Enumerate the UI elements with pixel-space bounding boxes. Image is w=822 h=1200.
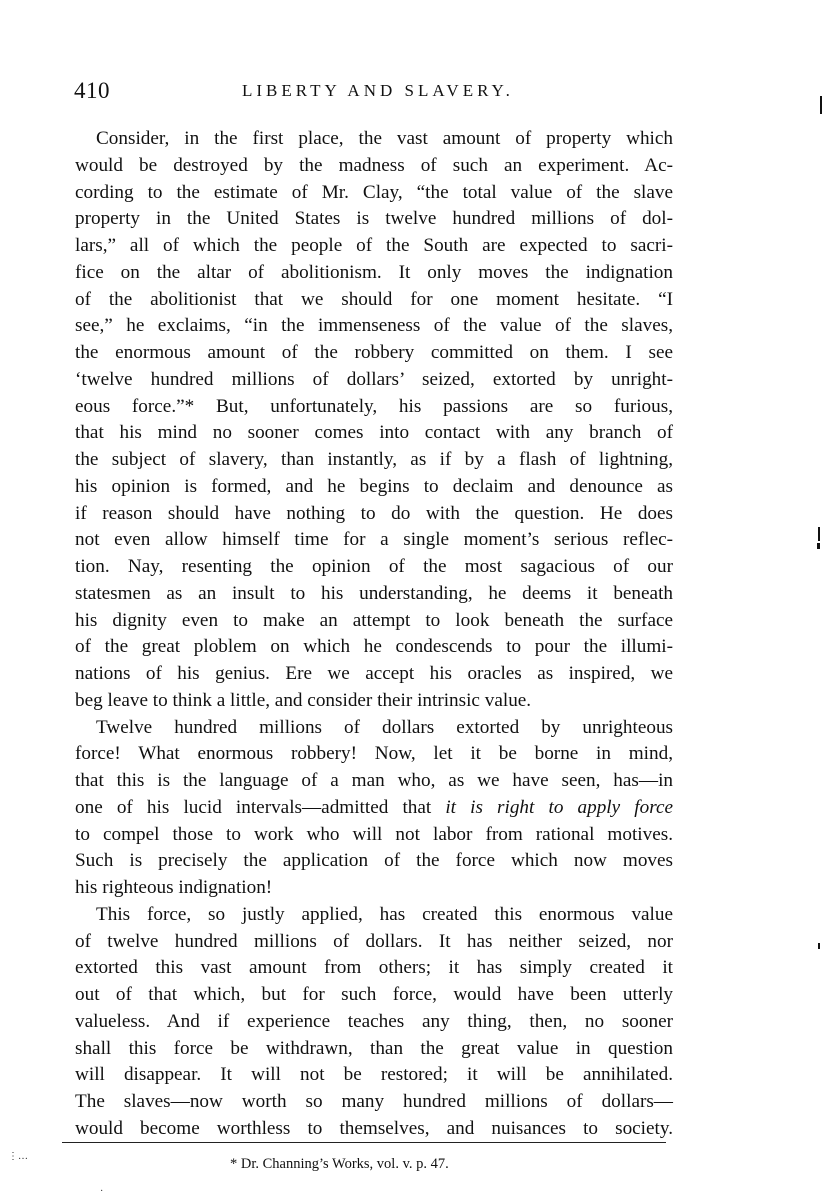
paragraph-1-line: Consider, in the first place, the vast a…: [75, 126, 673, 153]
paragraph-1-line: the enormous amount of the robbery commi…: [75, 340, 673, 367]
paragraph-3-line: out of that which, but for such force, w…: [75, 982, 673, 1009]
paragraph-2-line: Twelve hundred millions of dollars extor…: [75, 715, 673, 742]
paragraph-1-line: that his mind no sooner comes into conta…: [75, 420, 673, 447]
paragraph-1-line: nations of his genius. Ere we accept his…: [75, 661, 673, 688]
paragraph-1-line: if reason should have nothing to do with…: [75, 501, 673, 528]
italic-emphasis: it is right to apply force: [445, 797, 673, 818]
paragraph-1-line: his dignity even to make an attempt to l…: [75, 608, 673, 635]
footnote: * Dr. Channing’s Works, vol. v. p. 47.: [230, 1156, 449, 1173]
paragraph-1-line: statesmen as an insult to his understand…: [75, 581, 673, 608]
paragraph-1-line: fice on the altar of abolitionism. It on…: [75, 260, 673, 287]
paragraph-1-line: not even allow himself time for a single…: [75, 527, 673, 554]
paragraph-2-line: one of his lucid intervals—admitted that…: [75, 795, 673, 822]
scan-mark: [817, 543, 820, 549]
page-number: 410: [74, 78, 110, 104]
paragraph-3-line: would become worthless to themselves, an…: [75, 1116, 673, 1143]
paragraph-2-line: to compel those to work who will not lab…: [75, 822, 673, 849]
paragraph-3-line: The slaves—now worth so many hundred mil…: [75, 1089, 673, 1116]
footnote-divider: [62, 1142, 666, 1143]
paragraph-3-line: extorted this vast amount from others; i…: [75, 955, 673, 982]
paragraph-2-line: force! What enormous robbery! Now, let i…: [75, 741, 673, 768]
paragraph-1-line: beg leave to think a little, and conside…: [75, 688, 673, 715]
paragraph-3-line: will disappear. It will not be restored;…: [75, 1062, 673, 1089]
running-title: LIBERTY AND SLAVERY.: [242, 81, 514, 101]
body-text: Consider, in the first place, the vast a…: [75, 126, 673, 1143]
footnote-text: Dr. Channing’s Works, vol. v. p. 47.: [241, 1156, 449, 1172]
paragraph-3-line: valueless. And if experience teaches any…: [75, 1009, 673, 1036]
paragraph-1-line: property in the United States is twelve …: [75, 206, 673, 233]
paragraph-1-line: the subject of slavery, than instantly, …: [75, 447, 673, 474]
paragraph-1-line: of the abolitionist that we should for o…: [75, 287, 673, 314]
paragraph-2-line: Such is precisely the application of the…: [75, 848, 673, 875]
paragraph-3-line: shall this force be withdrawn, than the …: [75, 1036, 673, 1063]
paragraph-1-line: eous force.”* But, unfortunately, his pa…: [75, 394, 673, 421]
paragraph-1-line: see,” he exclaims, “in the immenseness o…: [75, 313, 673, 340]
paragraph-1-line: lars,” all of which the people of the So…: [75, 233, 673, 260]
footnote-marker: *: [230, 1156, 237, 1172]
scan-speck-icon: ·: [100, 1187, 103, 1197]
scan-speck-icon: ⋮…: [8, 1152, 28, 1162]
paragraph-2-line: that this is the language of a man who, …: [75, 768, 673, 795]
paragraph-1-line: would be destroyed by the madness of suc…: [75, 153, 673, 180]
paragraph-1-line: his opinion is formed, and he begins to …: [75, 474, 673, 501]
scan-mark: [818, 943, 820, 949]
paragraph-1-line: ‘twelve hundred millions of dollars’ sei…: [75, 367, 673, 394]
book-page: 410 LIBERTY AND SLAVERY. Consider, in th…: [0, 0, 822, 1200]
paragraph-2-line: his righteous indignation!: [75, 875, 673, 902]
line-text: one of his lucid intervals—admitted that: [75, 797, 445, 818]
paragraph-1-line: cording to the estimate of Mr. Clay, “th…: [75, 180, 673, 207]
paragraph-3-line: of twelve hundred millions of dollars. I…: [75, 929, 673, 956]
paragraph-1-line: of the great ploblem on which he condesc…: [75, 634, 673, 661]
running-head: 410 LIBERTY AND SLAVERY.: [74, 78, 674, 108]
scan-mark: [818, 527, 820, 541]
paragraph-1-line: tion. Nay, resenting the opinion of the …: [75, 554, 673, 581]
paragraph-3-line: This force, so justly applied, has creat…: [75, 902, 673, 929]
